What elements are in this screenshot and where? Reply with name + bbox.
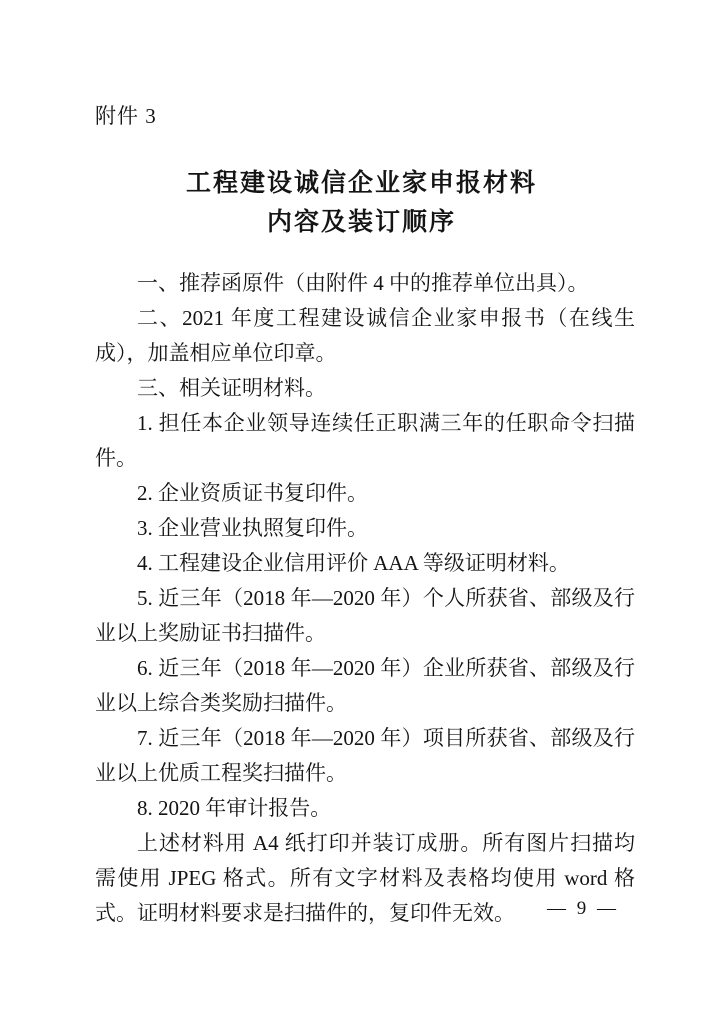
page-number: — 9 — xyxy=(0,898,723,920)
paragraph: 三、相关证明材料。 xyxy=(95,371,635,406)
paragraph: 8. 2020 年审计报告。 xyxy=(95,791,635,826)
paragraph: 二、2021 年度工程建设诚信企业家申报书（在线生成），加盖相应单位印章。 xyxy=(95,301,635,371)
title-line-1: 工程建设诚信企业家申报材料 xyxy=(0,164,723,203)
attachment-label: 附件 3 xyxy=(95,100,157,130)
paragraph: 6. 近三年（2018 年—2020 年）企业所获省、部级及行业以上综合类奖励扫… xyxy=(95,651,635,721)
paragraph: 4. 工程建设企业信用评价 AAA 等级证明材料。 xyxy=(95,546,635,581)
title-line-2: 内容及装订顺序 xyxy=(0,203,723,242)
document-title: 工程建设诚信企业家申报材料 内容及装订顺序 xyxy=(0,164,723,242)
paragraph: 3. 企业营业执照复印件。 xyxy=(95,511,635,546)
document-body: 一、推荐函原件（由附件 4 中的推荐单位出具）。二、2021 年度工程建设诚信企… xyxy=(95,266,635,931)
paragraph: 7. 近三年（2018 年—2020 年）项目所获省、部级及行业以上优质工程奖扫… xyxy=(95,721,635,791)
paragraph: 2. 企业资质证书复印件。 xyxy=(95,476,635,511)
document-page: 附件 3 工程建设诚信企业家申报材料 内容及装订顺序 一、推荐函原件（由附件 4… xyxy=(0,0,723,1024)
paragraph: 1. 担任本企业领导连续任正职满三年的任职命令扫描件。 xyxy=(95,406,635,476)
paragraph: 一、推荐函原件（由附件 4 中的推荐单位出具）。 xyxy=(95,266,635,301)
paragraph: 5. 近三年（2018 年—2020 年）个人所获省、部级及行业以上奖励证书扫描… xyxy=(95,581,635,651)
